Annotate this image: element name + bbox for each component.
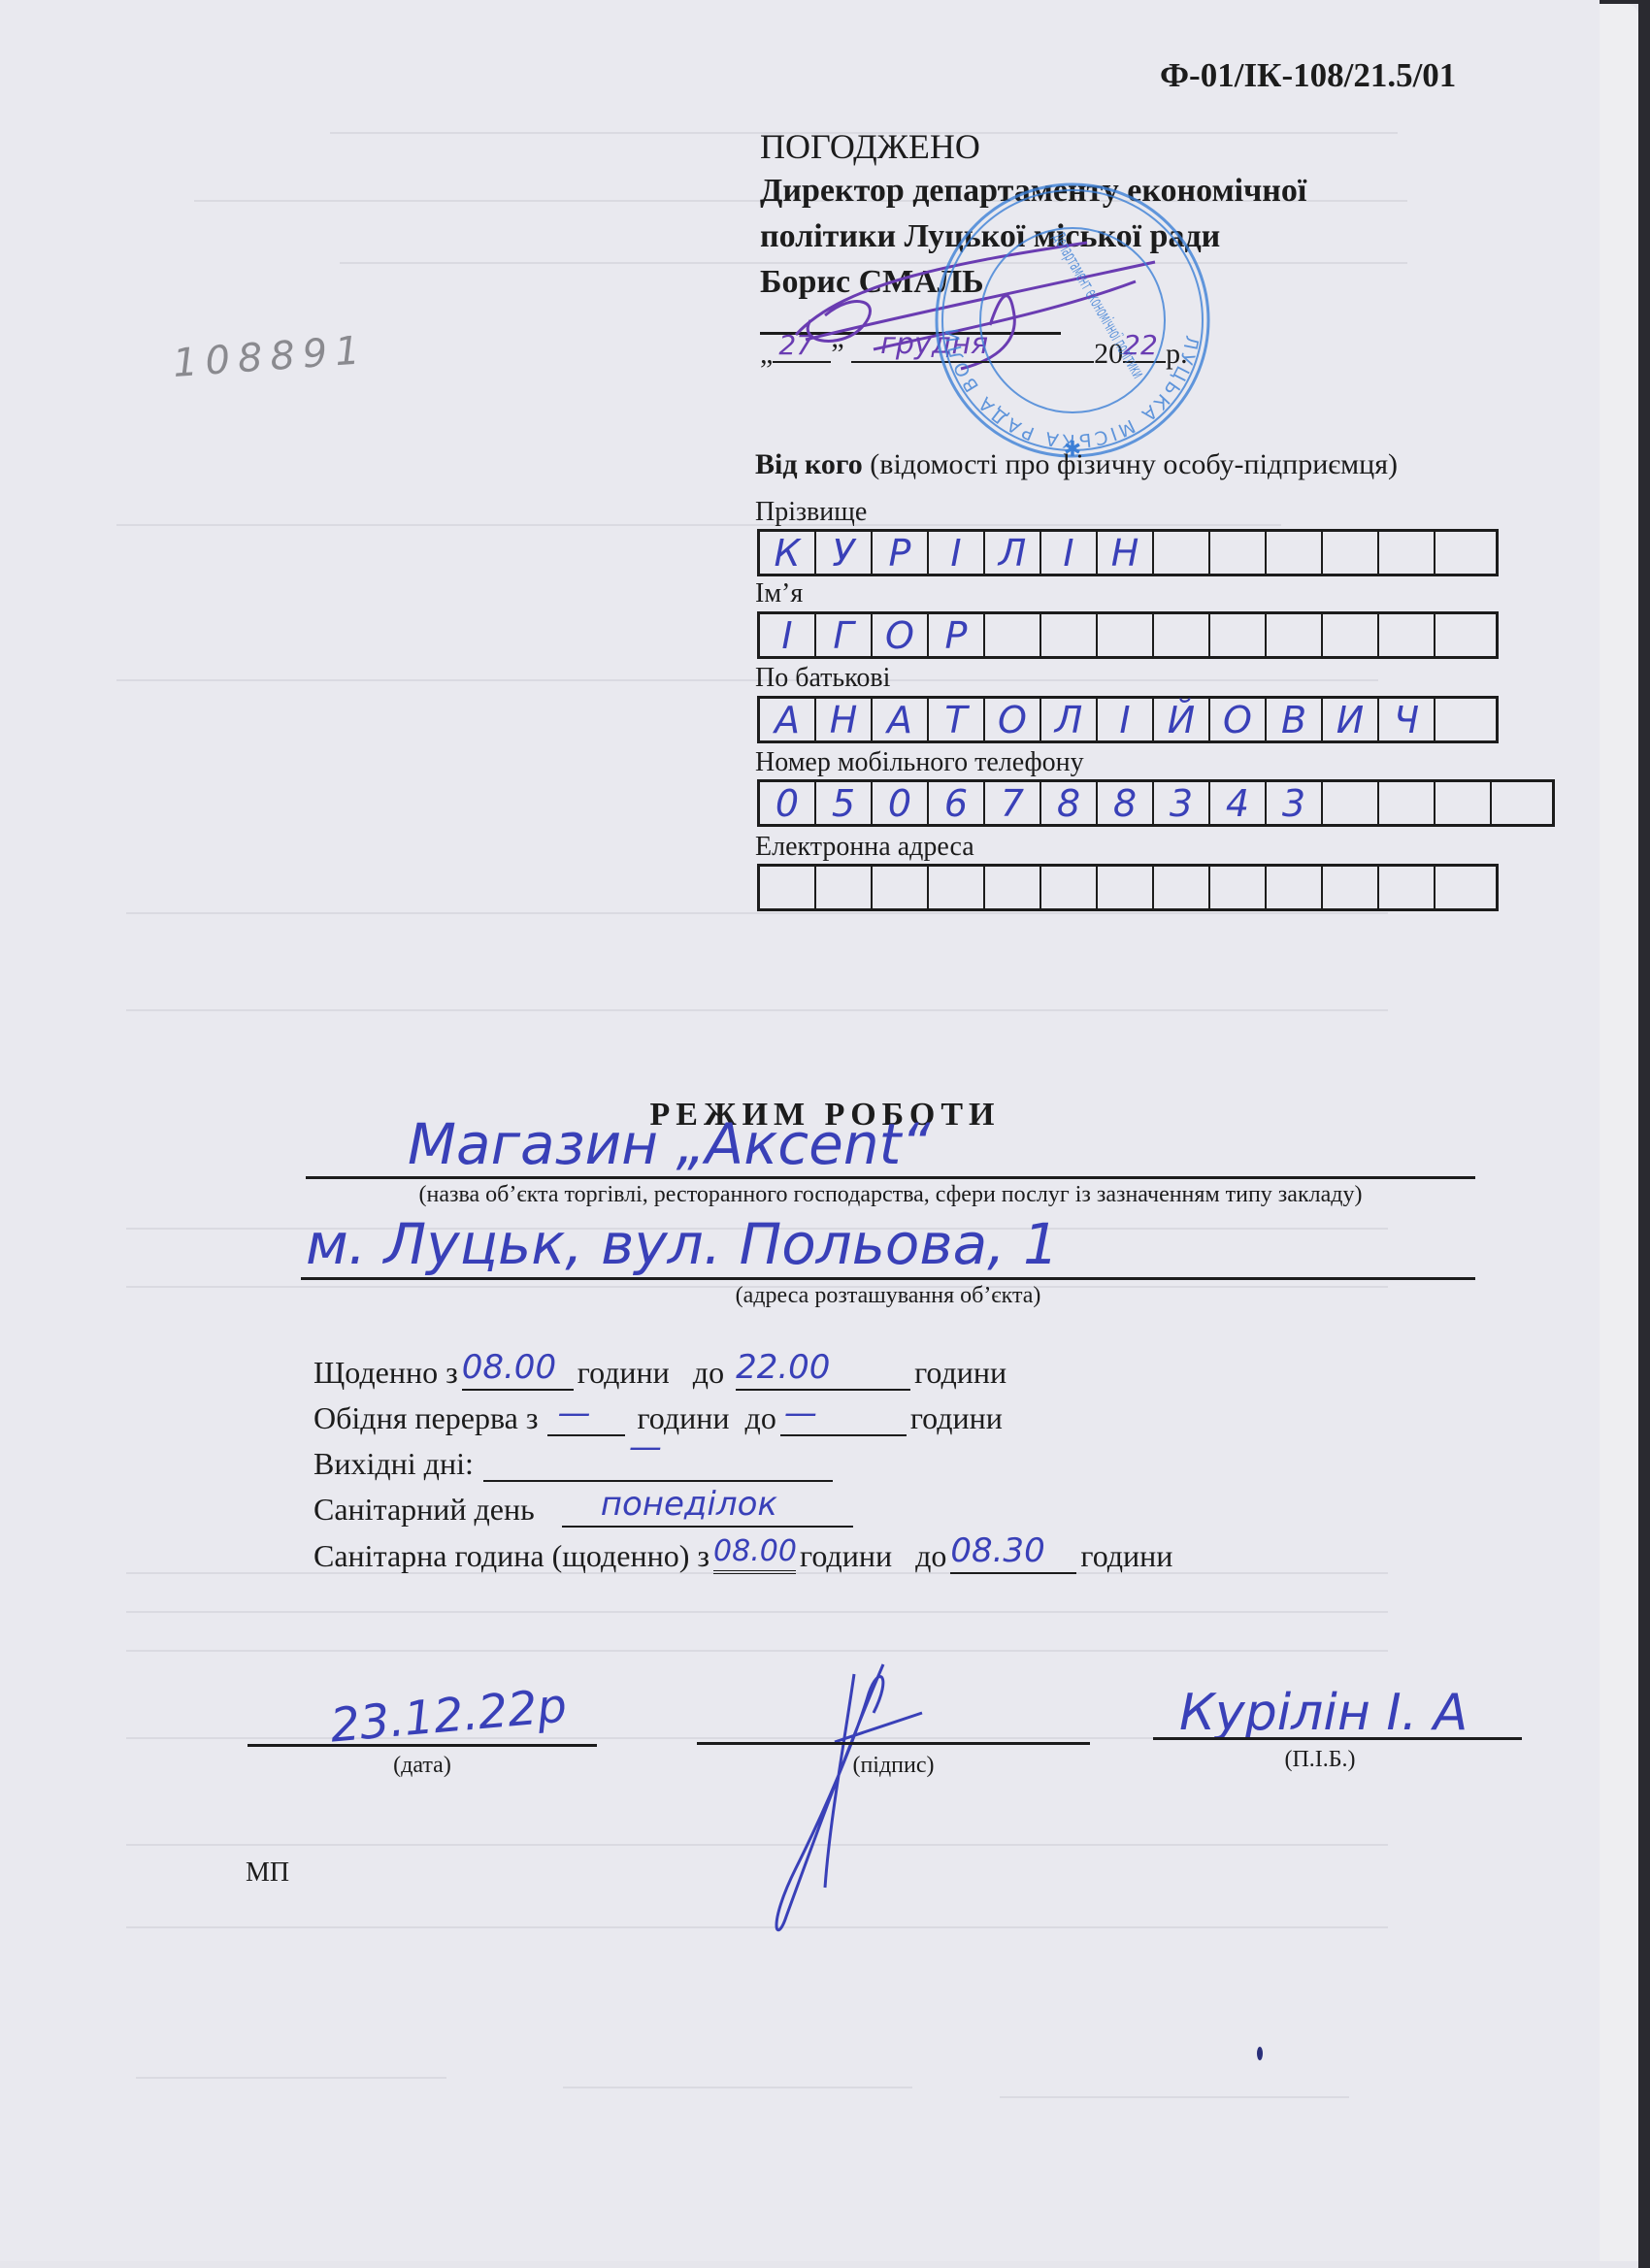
char-box[interactable] [1435, 532, 1496, 574]
char-box[interactable] [985, 867, 1041, 908]
char-box[interactable] [1435, 867, 1496, 908]
applicant-name-value: Курілін І. А [1179, 1684, 1468, 1742]
phone-label: Номер мобільного телефону [755, 747, 1084, 778]
char-box[interactable] [1379, 532, 1435, 574]
char-box[interactable]: Н [816, 699, 873, 740]
char-box[interactable]: Р [929, 614, 985, 656]
address-line[interactable] [301, 1277, 1475, 1280]
applicant-date-value: 23.12.22р [328, 1678, 569, 1753]
char-box[interactable]: Л [985, 532, 1041, 574]
char-box[interactable] [1323, 782, 1379, 824]
email-label: Електронна адреса [755, 832, 974, 863]
char-box[interactable] [1323, 532, 1379, 574]
char-box[interactable] [1154, 867, 1210, 908]
char-box[interactable] [1098, 614, 1154, 656]
bleed-through-line [116, 679, 1378, 681]
char-box[interactable] [1323, 614, 1379, 656]
char-box[interactable]: О [985, 699, 1041, 740]
patronymic-label: По батькові [755, 663, 890, 694]
scanner-margin [1600, 4, 1638, 2261]
bleed-through-line [563, 2087, 912, 2088]
char-box[interactable] [760, 867, 816, 908]
days-off-row: Вихідні дні: — [313, 1446, 837, 1482]
char-box[interactable]: І [1041, 532, 1098, 574]
seal-placeholder: МП [246, 1857, 289, 1889]
char-box[interactable]: Л [1041, 699, 1098, 740]
char-box[interactable] [929, 867, 985, 908]
lunch-from-field[interactable]: — [547, 1401, 625, 1436]
char-box[interactable] [1379, 782, 1435, 824]
char-box[interactable]: 0 [760, 782, 816, 824]
object-name-caption: (назва об’єкта торгівлі, ресторанного го… [306, 1182, 1475, 1208]
date-open-quote: „ [760, 338, 773, 370]
char-box[interactable] [1435, 782, 1492, 824]
char-box[interactable]: І [929, 532, 985, 574]
char-box[interactable]: 8 [1041, 782, 1098, 824]
char-box[interactable] [1210, 614, 1267, 656]
name-caption: (П.І.Б.) [1262, 1747, 1378, 1773]
char-box[interactable]: 3 [1267, 782, 1323, 824]
char-box[interactable]: 4 [1210, 782, 1267, 824]
official-stamp: ЛУЦЬКА МІСЬКА РАДА ВОЛИНСЬКОЇ ОБЛАСТІ · … [932, 180, 1213, 461]
date-caption: (дата) [247, 1753, 597, 1779]
char-box[interactable]: А [760, 699, 816, 740]
char-box[interactable]: 8 [1098, 782, 1154, 824]
date-close-quote: ” [831, 338, 843, 370]
bleed-through-line [126, 1611, 1388, 1613]
char-box[interactable] [1267, 867, 1323, 908]
char-box[interactable] [1379, 614, 1435, 656]
name-line[interactable] [1153, 1737, 1522, 1740]
char-box[interactable]: 7 [985, 782, 1041, 824]
signature-caption: (підпис) [697, 1753, 1090, 1779]
lunch-to-field[interactable]: — [780, 1401, 907, 1436]
char-box[interactable] [873, 867, 929, 908]
sender-section-title: Від кого (відомості про фізичну особу-пі… [755, 448, 1398, 481]
scanned-document-page: Ф-01/ІК-108/21.5/01 108891 ПОГОДЖЕНО Дир… [0, 0, 1600, 2261]
approval-date-day: 27 [778, 329, 813, 361]
object-name-line[interactable] [306, 1176, 1475, 1179]
daily-from-field[interactable]: 08.00 [462, 1356, 574, 1391]
char-box[interactable]: К [760, 532, 816, 574]
daily-to-field[interactable]: 22.00 [736, 1356, 910, 1391]
char-box[interactable]: 0 [873, 782, 929, 824]
registration-number: 108891 [172, 328, 369, 386]
char-box[interactable] [1210, 867, 1267, 908]
bleed-through-line [126, 912, 1388, 914]
surname-label: Прізвище [755, 497, 867, 528]
char-box[interactable]: И [1323, 699, 1379, 740]
char-box[interactable] [1267, 532, 1323, 574]
char-box[interactable] [816, 867, 873, 908]
sanitary-hour-to-field[interactable]: 08.30 [950, 1539, 1076, 1574]
sanitary-day-row: Санітарний день понеділок [313, 1492, 857, 1528]
char-box[interactable]: 5 [816, 782, 873, 824]
char-box[interactable]: І [1098, 699, 1154, 740]
first-name-field[interactable]: ІГОР [757, 611, 1499, 659]
approval-title: ПОГОДЖЕНО [760, 126, 980, 167]
char-box[interactable]: 3 [1154, 782, 1210, 824]
bleed-through-line [1000, 2096, 1349, 2098]
char-box[interactable] [985, 614, 1041, 656]
bleed-through-line [116, 524, 1281, 526]
char-box[interactable] [1041, 614, 1098, 656]
bleed-through-line [136, 2077, 446, 2079]
phone-field[interactable]: 0506788343 [757, 779, 1555, 827]
char-box[interactable]: У [816, 532, 873, 574]
patronymic-field[interactable]: АНАТОЛІЙОВИЧ [757, 696, 1499, 743]
object-name-value: Магазин „Aкcent“ [408, 1111, 930, 1177]
char-box[interactable]: Ч [1379, 699, 1435, 740]
address-value: м. Луцьк, вул. Польова, 1 [306, 1211, 1059, 1277]
char-box[interactable]: Р [873, 532, 929, 574]
char-box[interactable]: А [873, 699, 929, 740]
signature-line[interactable] [697, 1742, 1090, 1745]
char-box[interactable] [1323, 867, 1379, 908]
char-box[interactable] [1154, 532, 1210, 574]
sanitary-hour-from-field[interactable]: 08.00 [713, 1537, 796, 1574]
char-box[interactable] [1154, 614, 1210, 656]
surname-field[interactable]: КУРІЛІН [757, 529, 1499, 576]
daily-hours-row: Щоденно з 08.00 години до 22.00 години [313, 1355, 1006, 1391]
applicant-signature [738, 1655, 951, 1946]
bleed-through-line [126, 1009, 1388, 1011]
scanner-border [1638, 0, 1650, 2268]
date-line[interactable] [247, 1744, 597, 1747]
char-box[interactable] [1041, 867, 1098, 908]
char-box[interactable] [1267, 614, 1323, 656]
sanitary-day-field[interactable]: понеділок [562, 1493, 853, 1528]
char-box[interactable] [1435, 614, 1496, 656]
char-box[interactable]: Н [1098, 532, 1154, 574]
char-box[interactable]: Т [929, 699, 985, 740]
char-box[interactable]: 6 [929, 782, 985, 824]
char-box[interactable] [1098, 867, 1154, 908]
address-caption: (адреса розташування об’єкта) [301, 1283, 1475, 1309]
char-box[interactable] [1379, 867, 1435, 908]
char-box[interactable] [1210, 532, 1267, 574]
char-box[interactable]: Г [816, 614, 873, 656]
bleed-through-line [126, 1650, 1388, 1652]
char-box[interactable]: Й [1154, 699, 1210, 740]
email-field[interactable] [757, 864, 1499, 911]
char-box[interactable]: І [760, 614, 816, 656]
ink-dot [1257, 2047, 1263, 2060]
char-box[interactable] [1435, 699, 1496, 740]
char-box[interactable]: О [873, 614, 929, 656]
char-box[interactable]: О [1210, 699, 1267, 740]
form-code: Ф-01/ІК-108/21.5/01 [1160, 56, 1456, 95]
char-box[interactable] [1492, 782, 1552, 824]
char-box[interactable]: В [1267, 699, 1323, 740]
sanitary-hour-row: Санітарна година (щоденно) з 08.00 годин… [313, 1537, 1172, 1574]
first-name-label: Ім’я [755, 578, 803, 609]
days-off-field[interactable]: — [483, 1447, 833, 1482]
